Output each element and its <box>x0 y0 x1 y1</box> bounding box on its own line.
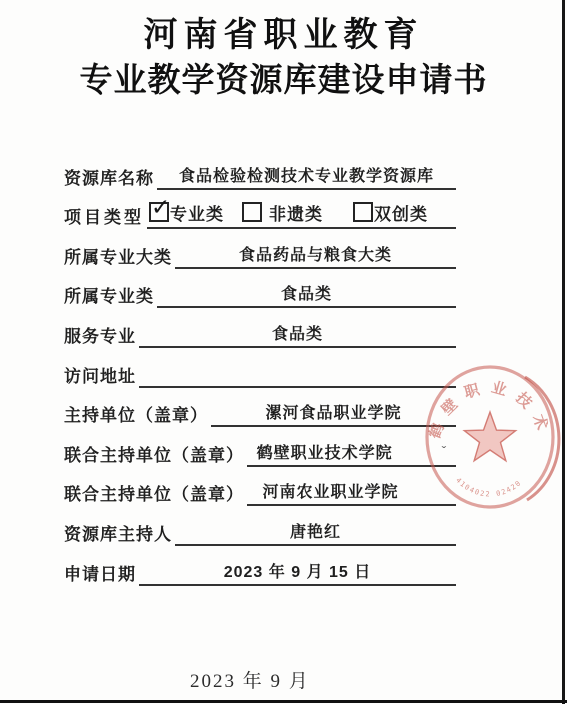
form-row-co-host-unit-1: 联合主持单位（盖章） 鹤壁职业技术学院ˇ <box>64 427 456 467</box>
form-row-resource-library-name: 资源库名称 食品检验检测技术专业教学资源库 <box>64 150 456 190</box>
seal-ring-dark-edge <box>525 377 559 500</box>
field-label-major-category: 所属专业大类 <box>64 243 175 269</box>
document-title-line1: 河南省职业教育 <box>0 14 567 58</box>
field-value-service-major: 食品类 <box>272 324 323 346</box>
option-innovation: 双创类 <box>353 200 428 225</box>
field-line: 2023 年 9 月 15 日 <box>139 560 456 586</box>
form-row-major-category: 所属专业大类 食品药品与粮食大类 <box>64 229 456 269</box>
project-type-options: ✓ 专业类 非遗类 双创类 <box>147 200 456 229</box>
document-title: 河南省职业教育 专业教学资源库建设申请书 <box>0 14 567 104</box>
field-label-resource-library-name: 资源库名称 <box>64 164 157 190</box>
field-label-service-major: 服务专业 <box>64 322 139 348</box>
field-line <box>139 362 456 388</box>
field-line: 食品类 <box>157 282 456 308</box>
field-line: 食品类 <box>139 322 456 348</box>
field-label-library-leader: 资源库主持人 <box>64 520 175 546</box>
document-title-line2: 专业教学资源库建设申请书 <box>0 58 567 104</box>
field-value-host-unit: 漯河食品职业学院 <box>265 403 401 425</box>
checkbox-intangible-heritage-icon <box>242 202 262 222</box>
field-line: 鹤壁职业技术学院ˇ <box>247 441 456 467</box>
field-label-co-host-unit-2: 联合主持单位（盖章） <box>64 480 247 506</box>
form-row-access-url: 访问地址 <box>64 348 456 388</box>
field-value-library-leader: 唐艳红 <box>290 522 341 544</box>
seal-number-text: 4104022 02420 <box>454 476 523 498</box>
field-value-application-date: 2023 年 9 月 15 日 <box>224 562 372 584</box>
footer-date: 2023 年 9 月 <box>190 666 310 693</box>
svg-text:4104022 02420: 4104022 02420 <box>454 476 523 498</box>
form-row-service-major: 服务专业 食品类 <box>64 308 456 348</box>
check-mark-icon: ✓ <box>151 196 170 219</box>
handwritten-check-mark: ˇ <box>442 443 447 459</box>
option-label-innovation: 双创类 <box>374 200 428 225</box>
scan-page-edge-right <box>562 0 565 704</box>
field-line: 河南农业职业学院 <box>247 480 456 506</box>
field-label-major-class: 所属专业类 <box>64 282 157 308</box>
scan-page-edge-bottom <box>0 700 567 703</box>
field-label-application-date: 申请日期 <box>64 560 139 586</box>
form-row-project-type: 项目类型 ✓ 专业类 非遗类 双创类 <box>64 190 456 230</box>
form-row-host-unit: 主持单位（盖章） 漯河食品职业学院 <box>64 388 456 428</box>
field-label-project-type: 项目类型 <box>64 203 147 229</box>
form-row-application-date: 申请日期 2023 年 9 月 15 日 <box>64 546 456 586</box>
field-label-host-unit: 主持单位（盖章） <box>64 401 211 427</box>
field-value-co-host-unit-1: 鹤壁职业技术学院 <box>257 443 435 465</box>
field-line: 食品药品与粮食大类 <box>175 243 456 269</box>
option-label-professional: 专业类 <box>170 200 224 225</box>
option-label-intangible-heritage: 非遗类 <box>269 200 323 225</box>
field-line: 食品检验检测技术专业教学资源库 <box>157 164 456 190</box>
option-professional: ✓ 专业类 <box>149 200 224 225</box>
checkbox-professional-checked-icon: ✓ <box>149 202 169 222</box>
field-line: 漯河食品职业学院 <box>211 401 456 427</box>
application-form: 资源库名称 食品检验检测技术专业教学资源库 项目类型 ✓ 专业类 非遗类 双创类 <box>64 150 456 586</box>
form-row-major-class: 所属专业类 食品类 <box>64 269 456 309</box>
field-value-major-class: 食品类 <box>281 284 332 306</box>
seal-star-icon <box>464 412 515 461</box>
checkbox-innovation-icon <box>353 202 373 222</box>
field-value-major-category: 食品药品与粮食大类 <box>239 245 392 267</box>
application-form-page: 河南省职业教育 专业教学资源库建设申请书 资源库名称 食品检验检测技术专业教学资… <box>0 0 567 704</box>
field-value-resource-library-name: 食品检验检测技术专业教学资源库 <box>179 166 434 188</box>
form-row-library-leader: 资源库主持人 唐艳红 <box>64 506 456 546</box>
option-intangible-heritage: 非遗类 <box>242 200 323 225</box>
field-label-co-host-unit-1: 联合主持单位（盖章） <box>64 441 247 467</box>
field-line: 唐艳红 <box>175 520 456 546</box>
field-label-access-url: 访问地址 <box>64 362 139 388</box>
field-value-co-host-unit-2: 河南农业职业学院 <box>262 482 440 504</box>
form-row-co-host-unit-2: 联合主持单位（盖章） 河南农业职业学院 <box>64 467 456 507</box>
